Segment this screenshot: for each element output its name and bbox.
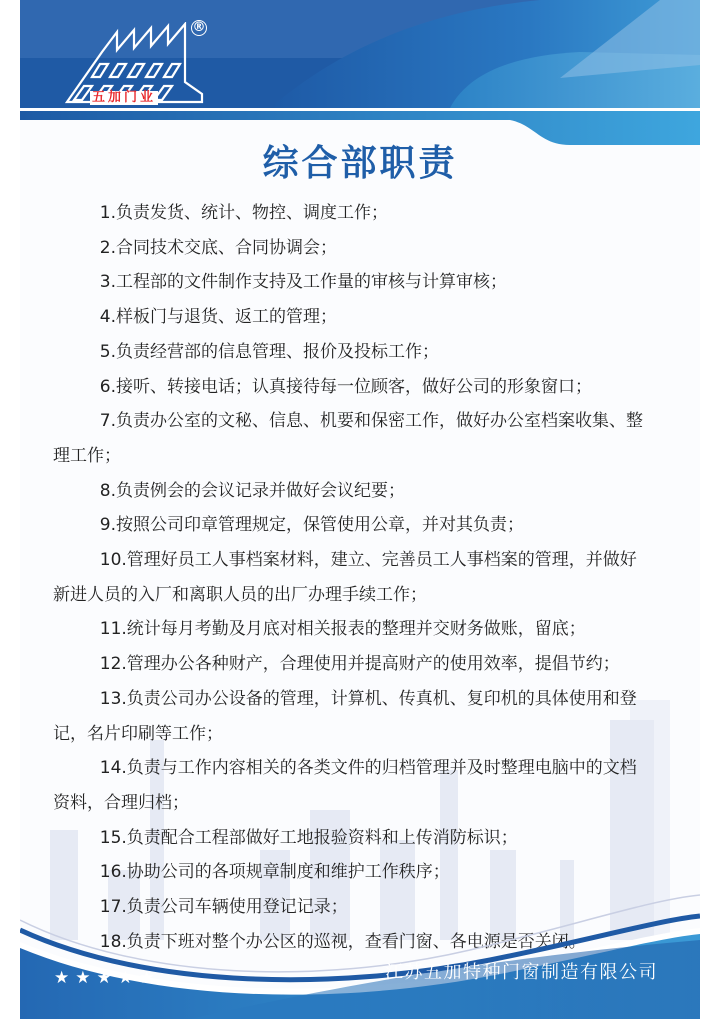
duty-item: 3.工程部的文件制作支持及工作量的审核与计算审核； [53, 265, 653, 300]
registered-mark: ® [191, 20, 207, 36]
duty-item: 6.接听、转接电话；认真接待每一位顾客，做好公司的形象窗口； [53, 370, 653, 405]
duty-item: 7.负责办公室的文秘、信息、机要和保密工作，做好办公室档案收集、整理工作； [53, 404, 653, 473]
company-name: 江苏五加特种门窗制造有限公司 [385, 958, 658, 984]
poster: ® 五加门业 综合部职责 1.负责发货、统计、物控、调度工作； 2.合同技术交底… [20, 0, 700, 1019]
duty-item: 1.负责发货、统计、物控、调度工作； [53, 196, 653, 231]
duty-item: 4.样板门与退货、返工的管理； [53, 300, 653, 335]
duty-item: 5.负责经营部的信息管理、报价及投标工作； [53, 335, 653, 370]
page-title: 综合部职责 [20, 135, 700, 186]
duty-item: 13.负责公司办公设备的管理，计算机、传真机、复印机的具体使用和登记，名片印刷等… [53, 682, 653, 751]
duty-item: 14.负责与工作内容相关的各类文件的归档管理并及时整理电脑中的文档资料，合理归档… [53, 751, 653, 820]
brand-name: 五加门业 [90, 91, 158, 105]
duties-list: 1.负责发货、统计、物控、调度工作； 2.合同技术交底、合同协调会； 3.工程部… [53, 196, 653, 959]
duty-item: 12.管理办公各种财产，合理使用并提高财产的使用效率，提倡节约； [53, 647, 653, 682]
footer-wave [20, 880, 700, 1019]
duty-item: 2.合同技术交底、合同协调会； [53, 231, 653, 266]
duty-item: 11.统计每月考勤及月底对相关报表的整理并交财务做账，留底； [53, 612, 653, 647]
header-banner: ® 五加门业 [20, 0, 700, 150]
duty-item: 9.按照公司印章管理规定，保管使用公章，并对其负责； [53, 508, 653, 543]
duty-item: 8.负责例会的会议记录并做好会议纪要； [53, 474, 653, 509]
duty-item: 15.负责配合工程部做好工地报验资料和上传消防标识； [53, 821, 653, 856]
duty-item: 10.管理好员工人事档案材料，建立、完善员工人事档案的管理，并做好新进人员的入厂… [53, 543, 653, 612]
rating-stars-icon: ★★★★★ [54, 968, 160, 988]
